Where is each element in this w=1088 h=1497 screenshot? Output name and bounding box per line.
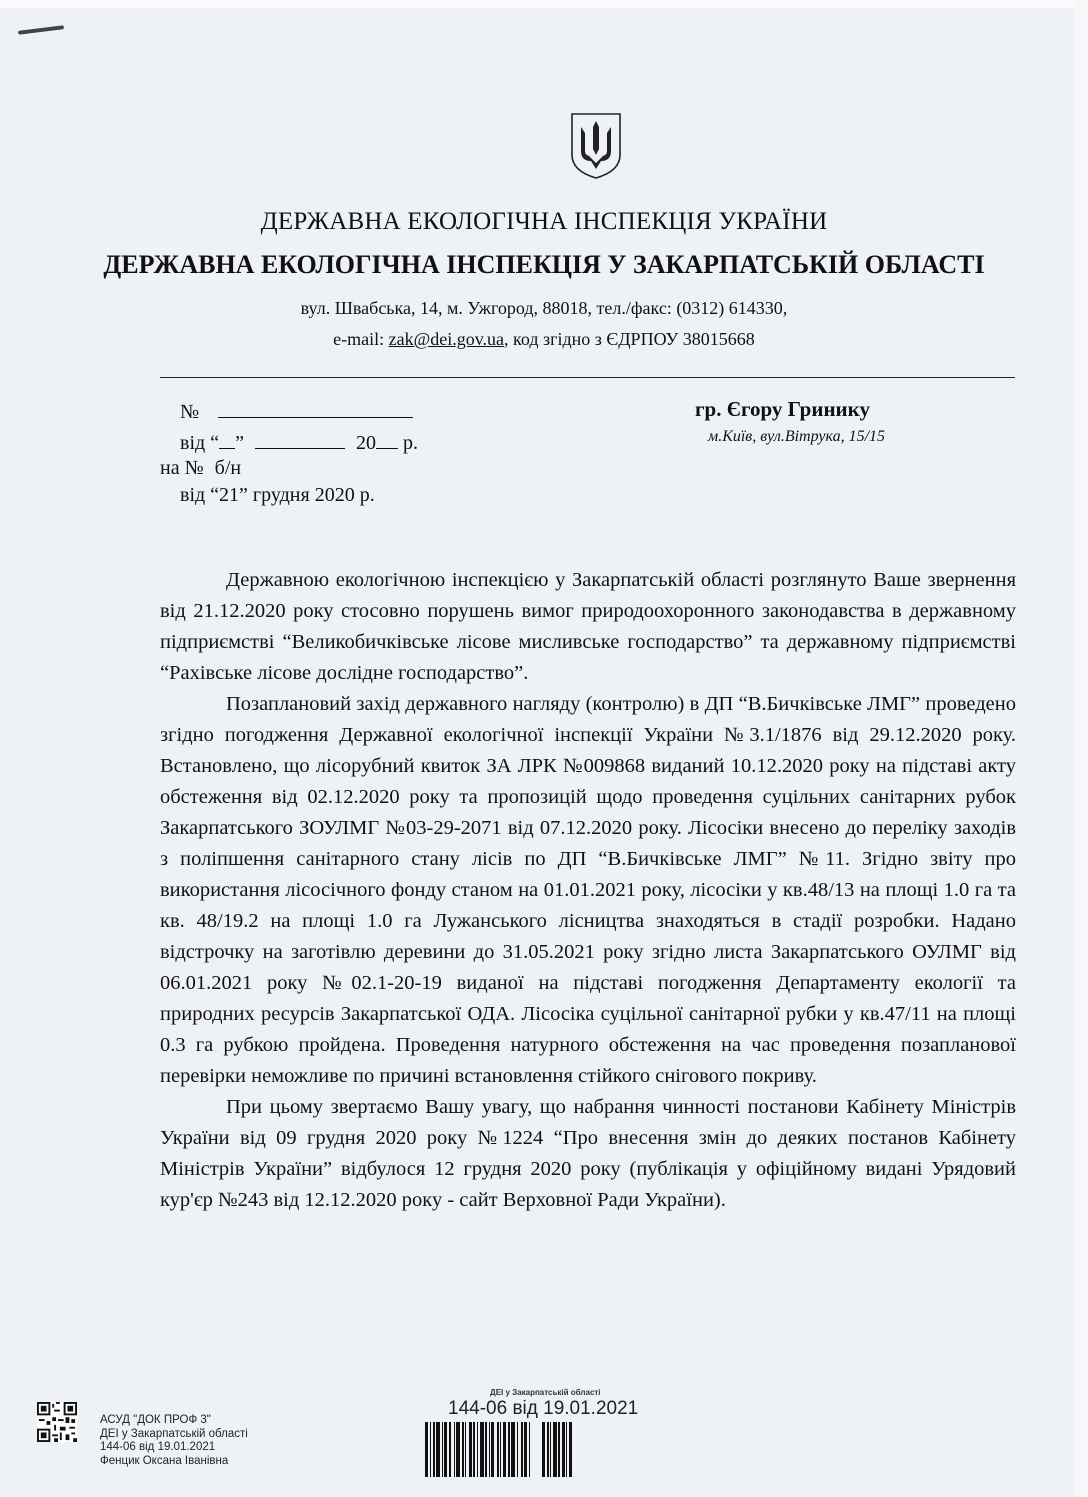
stamp-registration-number: 144-06 від 19.01.2021 — [448, 1398, 638, 1420]
qr-code-icon — [37, 1402, 77, 1442]
edrpou-code: , код згідно з ЄДРПОУ 38015668 — [504, 329, 755, 349]
department-title: ДЕРЖАВНА ЕКОЛОГІЧНА ІНСПЕКЦІЯ У ЗАКАРПАТ… — [0, 250, 1088, 280]
document-registration-info: АСУД "ДОК ПРОФ 3" ДЕІ у Закарпатській об… — [100, 1414, 248, 1468]
email-label: e-mail: — [333, 329, 388, 349]
paragraph: При цьому звертаємо Вашу увагу, що набра… — [160, 1092, 1016, 1216]
outgoing-date: від “” 20 р. — [180, 430, 418, 455]
month-blank — [255, 430, 345, 449]
date-quote: ” — [235, 432, 244, 454]
executor-name: Фенцик Оксана Іванівна — [100, 1455, 248, 1469]
year-suffix: р. — [403, 432, 418, 454]
paragraph: Державною екологічною інспекцією у Закар… — [160, 565, 1016, 689]
system-name: АСУД "ДОК ПРОФ 3" — [100, 1414, 248, 1428]
year-blank — [376, 430, 398, 449]
number-label: № — [180, 401, 199, 423]
registration-number: 144-06 від 19.01.2021 — [100, 1441, 248, 1455]
contact-line: e-mail: zak@dei.gov.ua, код згідно з ЄДР… — [0, 329, 1088, 350]
reply-to-number: на № б/н — [160, 457, 241, 480]
page-edge — [0, 0, 1088, 8]
agency-title: ДЕРЖАВНА ЕКОЛОГІЧНА ІНСПЕКЦІЯ УКРАЇНИ — [0, 208, 1088, 236]
day-blank — [219, 430, 235, 449]
reply-to-label: на № — [160, 457, 204, 479]
barcode — [425, 1422, 640, 1477]
outgoing-number: № — [180, 399, 413, 424]
scan-mark — [18, 25, 64, 35]
reply-to-date: від “21” грудня 2020 р. — [180, 484, 375, 507]
letter-body: Державною екологічною інспекцією у Закар… — [160, 565, 1016, 1216]
coat-of-arms-icon — [569, 111, 623, 181]
email-link[interactable]: zak@dei.gov.ua — [389, 329, 504, 349]
organization: ДЕІ у Закарпатській області — [100, 1428, 248, 1442]
header-divider — [160, 377, 1015, 378]
number-blank — [218, 399, 413, 418]
date-label: від “ — [180, 432, 219, 454]
reply-to-value: б/н — [215, 457, 241, 479]
stamp-organization: ДЕІ у Закарпатській області — [490, 1388, 601, 1397]
paragraph: Позаплановий захід державного нагляду (к… — [160, 689, 1016, 1092]
address-line: вул. Швабська, 14, м. Ужгород, 88018, те… — [0, 298, 1088, 319]
year-prefix: 20 — [356, 432, 376, 454]
recipient-address: м.Київ, вул.Вітрука, 15/15 — [708, 428, 885, 446]
recipient-name: гр. Єгору Гринику — [695, 397, 870, 422]
